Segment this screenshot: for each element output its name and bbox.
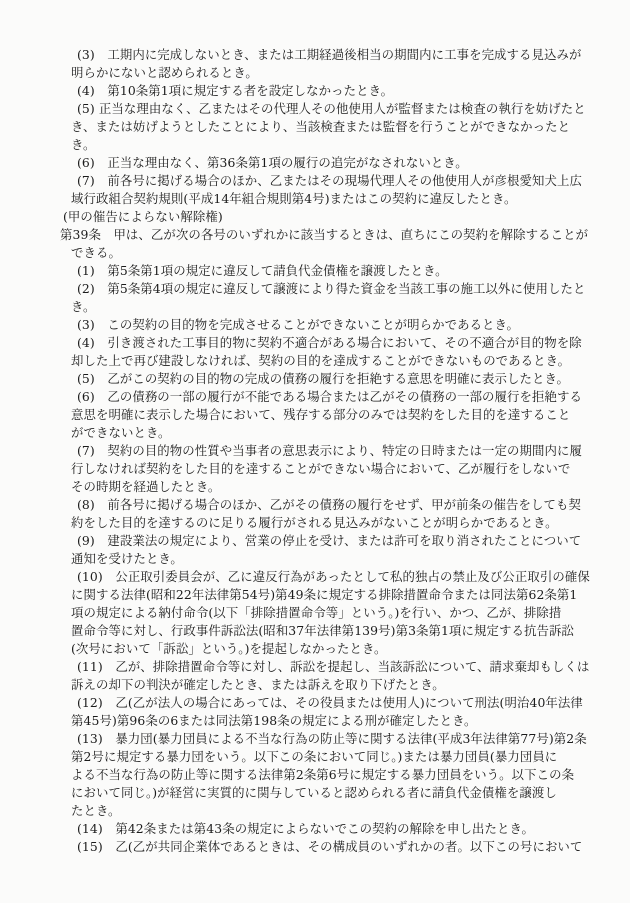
- clause-item-line: (1) 第5条第1項の規定に違反して請負代金債権を譲渡したとき。: [77, 262, 600, 280]
- wrapped-text-line: に関する法律(昭和22年法律第54号)第49条に規定する排除措置命令または同法第…: [71, 586, 600, 604]
- clause-item-line: (3) 工期内に完成しないとき、または工期経過後相当の期間内に工事を完成する見込…: [77, 46, 600, 64]
- clause-item-line: (5) 正当な理由なく、乙またはその代理人その他使用人が監督または検査の執行を妨…: [77, 100, 600, 118]
- clause-item-line: (14) 第42条または第43条の規定によらないでこの契約の解除を申し出たとき。: [77, 820, 600, 838]
- clause-item-line: (7) 前各号に掲げる場合のほか、乙またはその現場代理人その他使用人が彦根愛知犬…: [77, 172, 600, 190]
- wrapped-text-line: 約をした目的を達するのに足りる履行がされる見込みがないことが明らかであるとき。: [71, 514, 600, 532]
- clause-item-line: (6) 乙の債務の一部の履行が不能である場合または乙がその債務の一部の履行を拒絶…: [77, 388, 600, 406]
- clause-item-line: (4) 第10条第1項に規定する者を設定しなかったとき。: [77, 82, 600, 100]
- wrapped-text-line: ができないとき。: [71, 424, 600, 442]
- wrapped-text-line: き、または妨げようとしたことにより、当該検査または監督を行うことができなかったと: [71, 118, 600, 136]
- wrapped-text-line: (次号において「訴訟」という。)を提起しなかったとき。: [71, 640, 600, 658]
- wrapped-text-line: その時期を経過したとき。: [71, 478, 600, 496]
- wrapped-text-line: において同じ。)が経営に実質的に関与していると認められる者に請負代金債権を譲渡し: [71, 784, 600, 802]
- clause-item-line: (8) 前各号に掲げる場合のほか、乙がその債務の履行をせず、甲が前条の催告をして…: [77, 496, 600, 514]
- wrapped-text-line: たとき。: [71, 802, 600, 820]
- wrapped-text-line: き。: [71, 298, 600, 316]
- clause-item-line: (11) 乙が、排除措置命令等に対し、訴訟を提起し、当該訴訟について、請求棄却も…: [77, 658, 600, 676]
- clause-item-line: (9) 建設業法の規定により、営業の停止を受け、または許可を取り消されたことにつ…: [77, 532, 600, 550]
- wrapped-text-line: 意思を明確に表示した場合において、残存する部分のみでは契約をした目的を達すること: [71, 406, 600, 424]
- wrapped-text-line: 項の規定による納付命令(以下「排除措置命令等」という。)を行い、かつ、乙が、排除…: [71, 604, 600, 622]
- article-line: 第39条 甲は、乙が次の各号のいずれかに該当するときは、直ちにこの契約を解除する…: [60, 226, 600, 244]
- contract-page: (3) 工期内に完成しないとき、または工期経過後相当の期間内に工事を完成する見込…: [0, 0, 630, 903]
- clause-item-line: (6) 正当な理由なく、第36条第1項の履行の追完がなされないとき。: [77, 154, 600, 172]
- wrapped-text-line: 却した上で再び建設しなければ、契約の目的を達成することができないものであるとき。: [71, 352, 600, 370]
- clause-item-line: (5) 乙がこの契約の目的物の完成の債務の履行を拒絶する意思を明確に表示したとき…: [77, 370, 600, 388]
- clause-item-line: (3) この契約の目的物を完成させることができないことが明らかであるとき。: [77, 316, 600, 334]
- wrapped-text-line: 第45号)第96条の6または同法第198条の規定による刑が確定したとき。: [71, 712, 600, 730]
- wrapped-text-line: 行しなければ契約をした目的を達することができない場合において、乙が履行をしないで: [71, 460, 600, 478]
- wrapped-text-line: 訴えの却下の判決が確定したとき、または訴えを取り下げたとき。: [71, 676, 600, 694]
- clause-item-line: (4) 引き渡された工事目的物に契約不適合がある場合において、その不適合が目的物…: [77, 334, 600, 352]
- wrapped-text-line: 置命令等に対し、行政事件訴訟法(昭和37年法律第139号)第3条第1項に規定する…: [71, 622, 600, 640]
- section-heading-line: (甲の催告によらない解除権): [63, 208, 600, 226]
- clause-item-line: (2) 第5条第4項の規定に違反して譲渡により得た資金を当該工事の施工以外に使用…: [77, 280, 600, 298]
- clause-item-line: (12) 乙(乙が法人の場合にあっては、その役員または使用人)について刑法(明治…: [77, 694, 600, 712]
- wrapped-text-line: できる。: [71, 244, 600, 262]
- wrapped-text-line: よる不当な行為の防止等に関する法律第2条第6号に規定する暴力団員をいう。以下この…: [71, 766, 600, 784]
- clause-item-line: (15) 乙(乙が共同企業体であるときは、その構成員のいずれかの者。以下この号に…: [77, 838, 600, 856]
- document-body: (3) 工期内に完成しないとき、または工期経過後相当の期間内に工事を完成する見込…: [60, 46, 600, 856]
- wrapped-text-line: き。: [71, 136, 600, 154]
- wrapped-text-line: 明らかにないと認められるとき。: [71, 64, 600, 82]
- wrapped-text-line: 通知を受けたとき。: [71, 550, 600, 568]
- clause-item-line: (7) 契約の目的物の性質や当事者の意思表示により、特定の日時または一定の期間内…: [77, 442, 600, 460]
- clause-item-line: (13) 暴力団(暴力団員による不当な行為の防止等に関する法律(平成3年法律第7…: [77, 730, 600, 748]
- clause-item-line: (10) 公正取引委員会が、乙に違反行為があったとして私的独占の禁止及び公正取引…: [77, 568, 600, 586]
- wrapped-text-line: 域行政組合契約規則(平成14年組合規則第4号)またはこの契約に違反したとき。: [71, 190, 600, 208]
- wrapped-text-line: 第2号に規定する暴力団をいう。以下この条において同じ。)または暴力団員(暴力団員…: [71, 748, 600, 766]
